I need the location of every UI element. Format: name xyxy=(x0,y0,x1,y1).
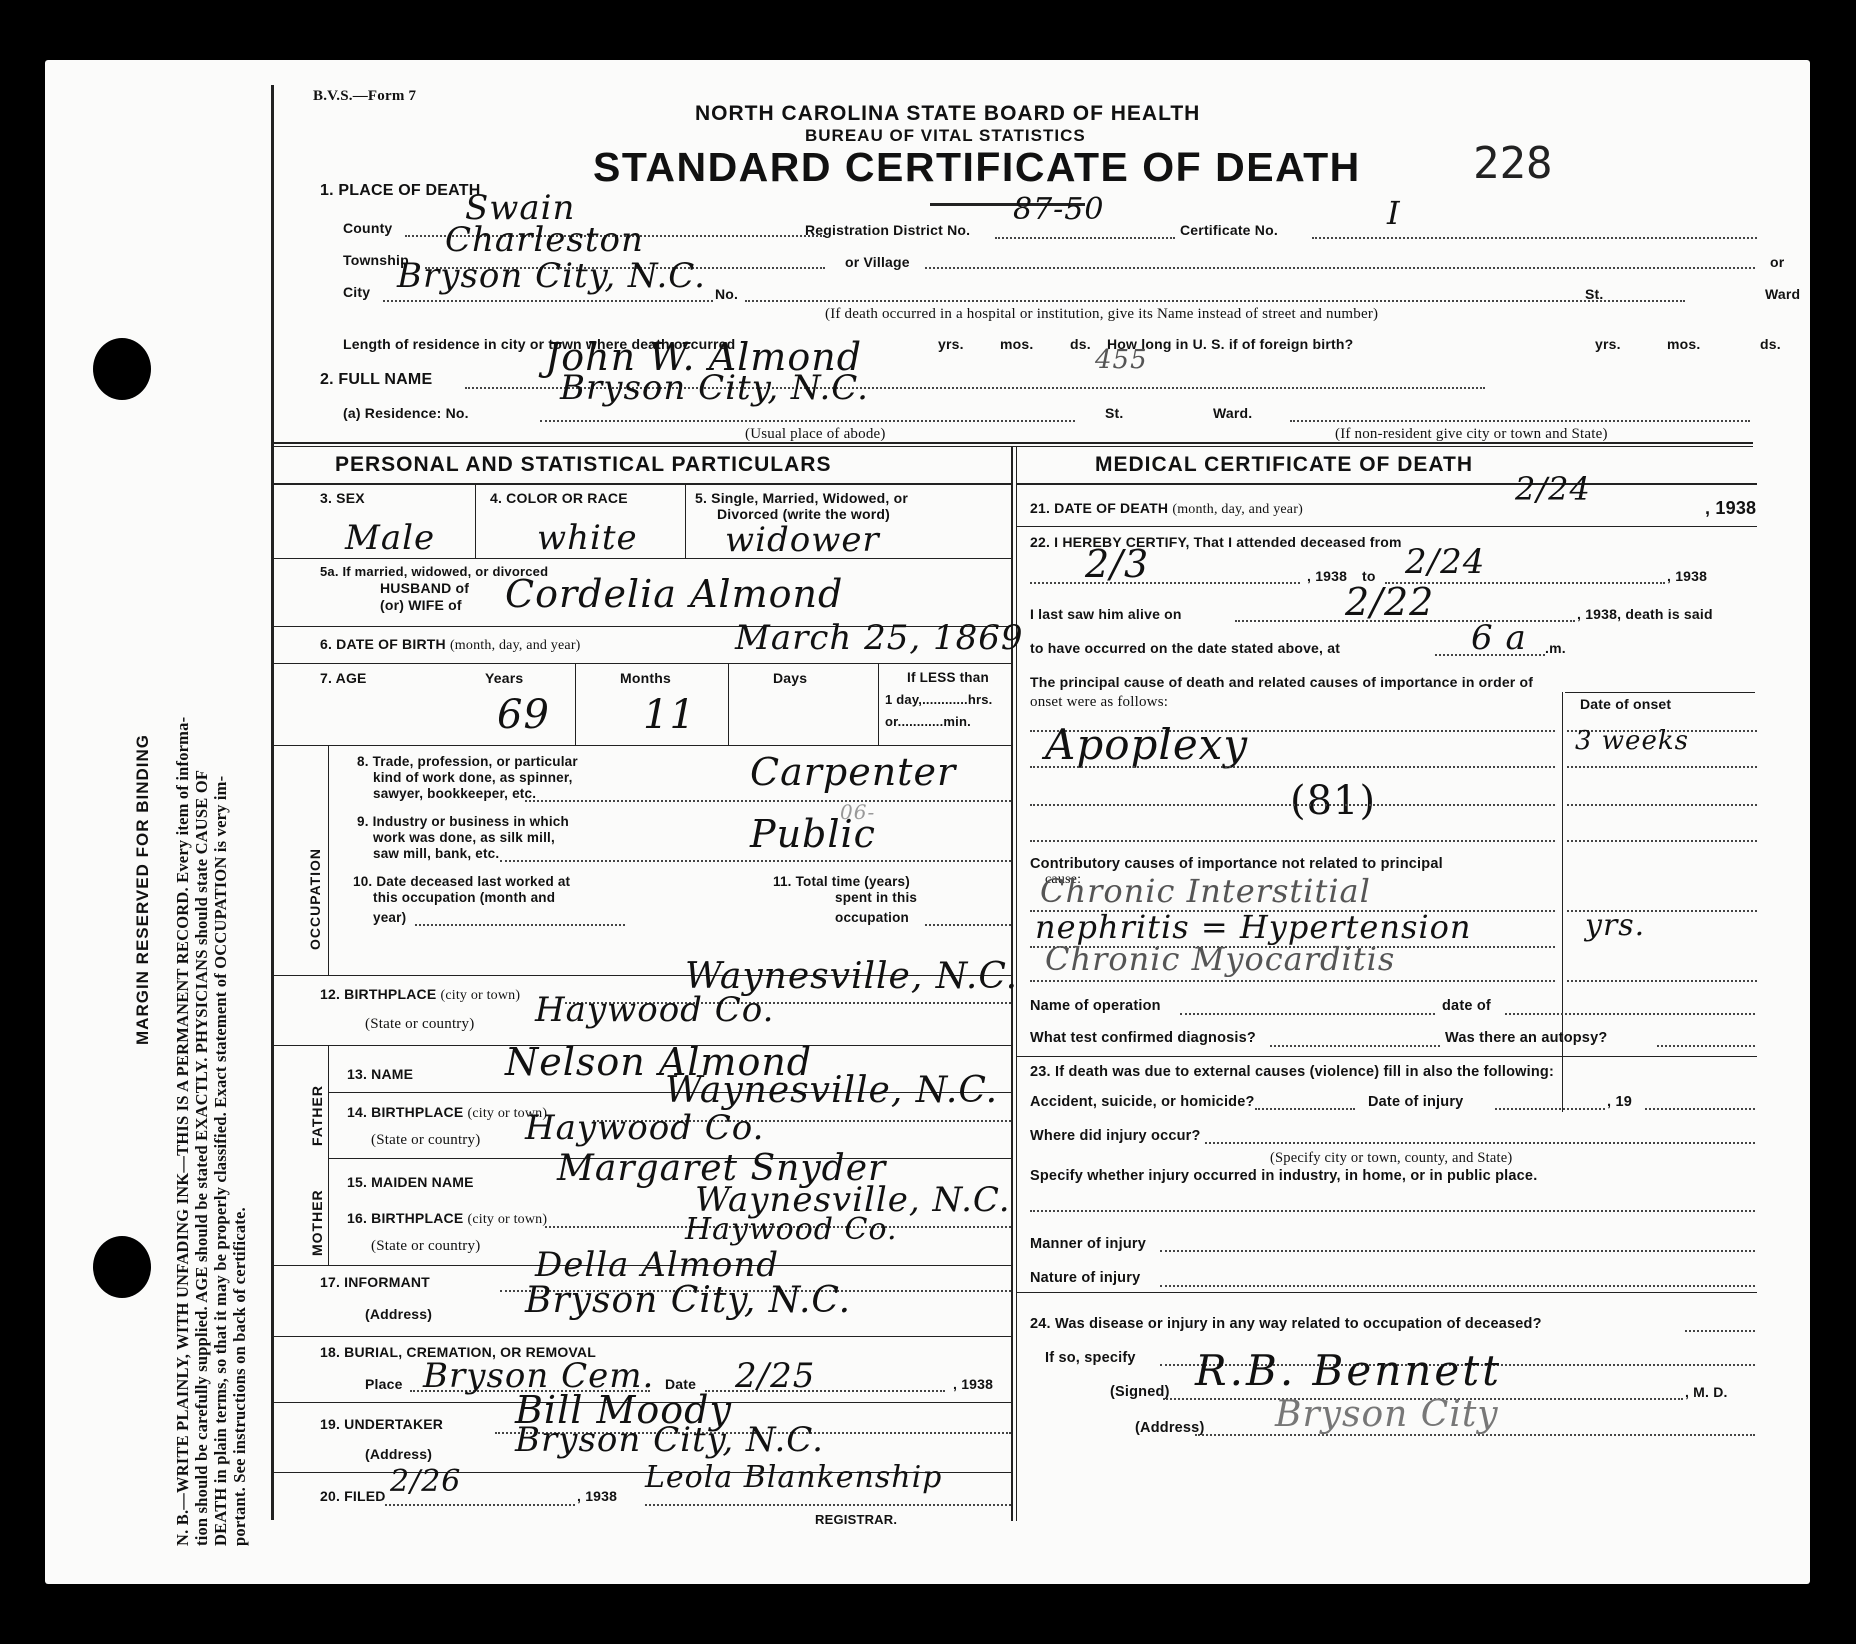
city-value[interactable]: Bryson City, N.C. xyxy=(397,256,706,296)
place-of-death-label: 1. PLACE OF DEATH xyxy=(320,182,480,200)
attended-to[interactable]: 2/24 xyxy=(1405,542,1485,582)
ward-label: Ward xyxy=(1765,286,1800,302)
industry-label-2: work was done, as silk mill, xyxy=(373,830,555,845)
foreign-mos: mos. xyxy=(1667,336,1700,352)
trade-value[interactable]: Carpenter xyxy=(750,750,956,794)
informant-value[interactable]: Della Almond xyxy=(535,1245,779,1285)
years-label: Years xyxy=(485,670,523,686)
filed-year: , 1938 xyxy=(577,1488,617,1504)
last-saw-value[interactable]: 2/22 xyxy=(1345,580,1434,624)
full-name-annotation: 455 xyxy=(1095,345,1148,375)
birthplace-label: 12. BIRTHPLACE (city or town) xyxy=(320,986,520,1004)
margin-binding-note: MARGIN RESERVED FOR BINDING xyxy=(133,734,153,1045)
industry-label-3: saw mill, bank, etc. xyxy=(373,846,499,861)
father-name-label: 13. NAME xyxy=(347,1066,413,1082)
last-worked-label-1: 10. Date deceased last worked at xyxy=(353,874,570,889)
principal-cause[interactable]: Apoplexy xyxy=(1045,720,1248,769)
residence-st-label: St. xyxy=(1105,405,1124,421)
spouse-value[interactable]: Cordelia Almond xyxy=(505,572,843,616)
less-than-1: If LESS than xyxy=(907,670,989,685)
no-label: No. xyxy=(715,286,738,302)
birthplace-state-label: (State or country) xyxy=(365,1016,474,1033)
spouse-label-3: (or) WIFE of xyxy=(380,597,462,613)
township-value[interactable]: Charleston xyxy=(445,220,644,260)
residence-label: (a) Residence: No. xyxy=(343,405,469,421)
occupation-related-label: 24. Was disease or injury in any way rel… xyxy=(1030,1316,1542,1332)
contributory-cause-3[interactable]: Chronic Myocarditis xyxy=(1045,940,1395,978)
trade-label-1: 8. Trade, profession, or particular xyxy=(357,754,578,769)
attended-from[interactable]: 2/3 xyxy=(1085,542,1149,586)
days-label: Days xyxy=(773,670,807,686)
hospital-note: (If death occurred in a hospital or inst… xyxy=(825,306,1378,323)
informant-address-label: (Address) xyxy=(365,1306,432,1322)
sex-value[interactable]: Male xyxy=(345,518,435,558)
operation-label: Name of operation xyxy=(1030,998,1161,1014)
undertaker-label: 19. UNDERTAKER xyxy=(320,1416,443,1432)
or-label: or xyxy=(1770,254,1784,270)
onset-label: Date of onset xyxy=(1580,696,1671,712)
mother-side-label: MOTHER xyxy=(309,1189,325,1256)
total-time-label-1: 11. Total time (years) xyxy=(773,874,910,889)
test-label: What test confirmed diagnosis? xyxy=(1030,1030,1256,1046)
bureau-name: BUREAU OF VITAL STATISTICS xyxy=(805,126,1086,146)
total-time-label-2: spent in this xyxy=(835,890,917,905)
cause-label-1: The principal cause of death and related… xyxy=(1030,674,1533,690)
total-time-label-3: occupation xyxy=(835,910,909,925)
page-title: STANDARD CERTIFICATE OF DEATH xyxy=(593,144,1361,191)
last-saw-year: , 1938, death is said xyxy=(1577,606,1713,622)
registrar-signature[interactable]: Leola Blankenship xyxy=(645,1460,942,1495)
margin-instruction-4: portant. See instructions on back of cer… xyxy=(230,1207,250,1546)
informant-label: 17. INFORMANT xyxy=(320,1274,430,1290)
last-worked-label-2: this occupation (month and xyxy=(373,890,555,905)
certificate-no-label: Certificate No. xyxy=(1180,222,1278,238)
burial-place-label: Place xyxy=(365,1376,403,1392)
margin-instruction-1: N. B.—WRITE PLAINLY, WITH UNFADING INK—T… xyxy=(173,717,193,1546)
time-value[interactable]: 6 a xyxy=(1471,618,1527,658)
trade-label-2: kind of work done, as spinner, xyxy=(373,770,573,785)
medical-section-title: MEDICAL CERTIFICATE OF DEATH xyxy=(1095,453,1473,477)
father-birthplace-label: 14. BIRTHPLACE (city or town) xyxy=(347,1104,547,1122)
burial-date[interactable]: 2/25 xyxy=(735,1356,815,1396)
accident-label: Accident, suicide, or homicide? xyxy=(1030,1094,1255,1110)
m-label: .m. xyxy=(1545,640,1566,656)
county-label: County xyxy=(343,220,392,236)
trade-label-3: sawyer, bookkeeper, etc. xyxy=(373,786,536,801)
dod-value[interactable]: 2/24 xyxy=(1515,470,1591,508)
undertaker-address[interactable]: Bryson City, N.C. xyxy=(515,1420,824,1460)
nature-label: Nature of injury xyxy=(1030,1270,1140,1286)
months-value[interactable]: 11 xyxy=(643,692,696,738)
last-saw-label: I last saw him alive on xyxy=(1030,606,1182,622)
attended-from-year: , 1938 xyxy=(1307,568,1347,584)
if-so-label: If so, specify xyxy=(1045,1350,1136,1366)
filed-label: 20. FILED xyxy=(320,1488,386,1504)
city-label: City xyxy=(343,284,370,300)
dob-label: 6. DATE OF BIRTH (month, day, and year) xyxy=(320,636,581,654)
father-birthplace-state[interactable]: Haywood Co. xyxy=(525,1108,764,1148)
stamp-number: 228 xyxy=(1473,138,1552,189)
binding-hole-bottom xyxy=(93,1236,151,1298)
attended-to-year: , 1938 xyxy=(1667,568,1707,584)
autopsy-label: Was there an autopsy? xyxy=(1445,1030,1607,1046)
filed-date[interactable]: 2/26 xyxy=(390,1464,461,1499)
registration-district-value[interactable]: 87-50 xyxy=(1013,192,1104,227)
years-value[interactable]: 69 xyxy=(497,692,550,738)
marital-label-1: 5. Single, Married, Widowed, or xyxy=(695,490,908,506)
burial-year: , 1938 xyxy=(953,1376,993,1392)
agency-name: NORTH CAROLINA STATE BOARD OF HEALTH xyxy=(695,102,1200,126)
md-label: , M. D. xyxy=(1685,1384,1728,1400)
cause-label-2: onset were as follows: xyxy=(1030,694,1168,711)
less-than-3: or............min. xyxy=(885,714,971,729)
father-birthplace-city[interactable]: Waynesville, N.C. xyxy=(665,1070,998,1111)
where-note: (Specify city or town, county, and State… xyxy=(1270,1150,1512,1167)
foreign-yrs: yrs. xyxy=(1595,336,1621,352)
marital-value[interactable]: widower xyxy=(725,520,880,560)
residence-ds: ds. xyxy=(1070,336,1091,352)
mother-state-label: (State or country) xyxy=(371,1238,480,1255)
onset-divider xyxy=(1562,692,1563,1112)
injury-date-label: Date of injury xyxy=(1368,1094,1463,1110)
personal-section-title: PERSONAL AND STATISTICAL PARTICULARS xyxy=(335,453,831,477)
full-name-label: 2. FULL NAME xyxy=(320,371,432,389)
father-state-label: (State or country) xyxy=(371,1132,480,1149)
registrar-label: REGISTRAR. xyxy=(815,1512,897,1527)
specify-label: Specify whether injury occurred in indus… xyxy=(1030,1168,1537,1184)
nonresident-note: (If non-resident give city or town and S… xyxy=(1335,426,1608,443)
abode-note: (Usual place of abode) xyxy=(745,426,886,443)
manner-label: Manner of injury xyxy=(1030,1236,1146,1252)
margin-instruction-3: DEATH in plain terms, so that it may be … xyxy=(211,776,231,1546)
certificate-no-value[interactable]: I xyxy=(1387,194,1401,232)
cause-code-mark: (81) xyxy=(1290,778,1376,824)
binding-hole-top xyxy=(93,338,151,400)
physician-signature[interactable]: R.B. Bennett xyxy=(1195,1346,1502,1395)
form-code: B.V.S.—Form 7 xyxy=(313,88,416,105)
less-than-2: 1 day,............hrs. xyxy=(885,692,992,707)
mother-birthplace-label: 16. BIRTHPLACE (city or town) xyxy=(347,1210,547,1228)
occupation-side-label: OCCUPATION xyxy=(307,848,323,950)
mother-birthplace-state[interactable]: Haywood Co. xyxy=(685,1212,898,1247)
dob-value[interactable]: March 25, 1869 xyxy=(735,618,1024,658)
residence-yrs: yrs. xyxy=(938,336,964,352)
age-label: 7. AGE xyxy=(320,670,367,686)
residence-value[interactable]: Bryson City, N.C. xyxy=(560,368,869,408)
principal-onset[interactable]: 3 weeks xyxy=(1575,726,1689,756)
st-label: St. xyxy=(1585,286,1604,302)
registration-district-label: Registration District No. xyxy=(805,222,970,238)
residence-ward-label: Ward. xyxy=(1213,405,1252,421)
foreign-ds: ds. xyxy=(1760,336,1781,352)
date-of-label: date of xyxy=(1442,998,1491,1014)
sex-label: 3. SEX xyxy=(320,490,365,506)
industry-label-1: 9. Industry or business in which xyxy=(357,814,569,829)
industry-annotation: 06- xyxy=(840,800,875,824)
contributory-label-1: Contributory causes of importance not re… xyxy=(1030,856,1443,872)
contributory-onset[interactable]: yrs. xyxy=(1585,908,1645,943)
race-label: 4. COLOR OR RACE xyxy=(490,490,628,506)
dod-label: 21. DATE OF DEATH (month, day, and year) xyxy=(1030,500,1303,518)
physician-address[interactable]: Bryson City xyxy=(1275,1394,1499,1435)
contributory-cause-1[interactable]: Chronic Interstitial xyxy=(1040,872,1371,910)
signed-label: (Signed) xyxy=(1110,1384,1170,1400)
birthplace-state[interactable]: Haywood Co. xyxy=(535,990,774,1030)
occurred-label: to have occurred on the date stated abov… xyxy=(1030,640,1340,656)
father-side-label: FATHER xyxy=(309,1085,325,1146)
mother-name-label: 15. MAIDEN NAME xyxy=(347,1174,474,1190)
where-label: Where did injury occur? xyxy=(1030,1128,1201,1144)
informant-address[interactable]: Bryson City, N.C. xyxy=(525,1280,851,1321)
last-worked-label-3: year) xyxy=(373,910,406,925)
injury-year-prefix: , 19 xyxy=(1607,1094,1632,1110)
left-border xyxy=(271,85,274,1520)
or-village-label: or Village xyxy=(845,254,910,270)
spouse-label-2: HUSBAND of xyxy=(380,580,469,596)
residence-mos: mos. xyxy=(1000,336,1033,352)
race-value[interactable]: white xyxy=(537,518,638,558)
margin-instruction-2: tion should be carefully supplied. AGE s… xyxy=(192,770,212,1546)
months-label: Months xyxy=(620,670,671,686)
dod-year: , 1938 xyxy=(1705,498,1756,519)
death-certificate-page: MARGIN RESERVED FOR BINDING N. B.—WRITE … xyxy=(45,60,1810,1584)
undertaker-address-label: (Address) xyxy=(365,1446,432,1462)
external-causes-label: 23. If death was due to external causes … xyxy=(1030,1064,1554,1080)
